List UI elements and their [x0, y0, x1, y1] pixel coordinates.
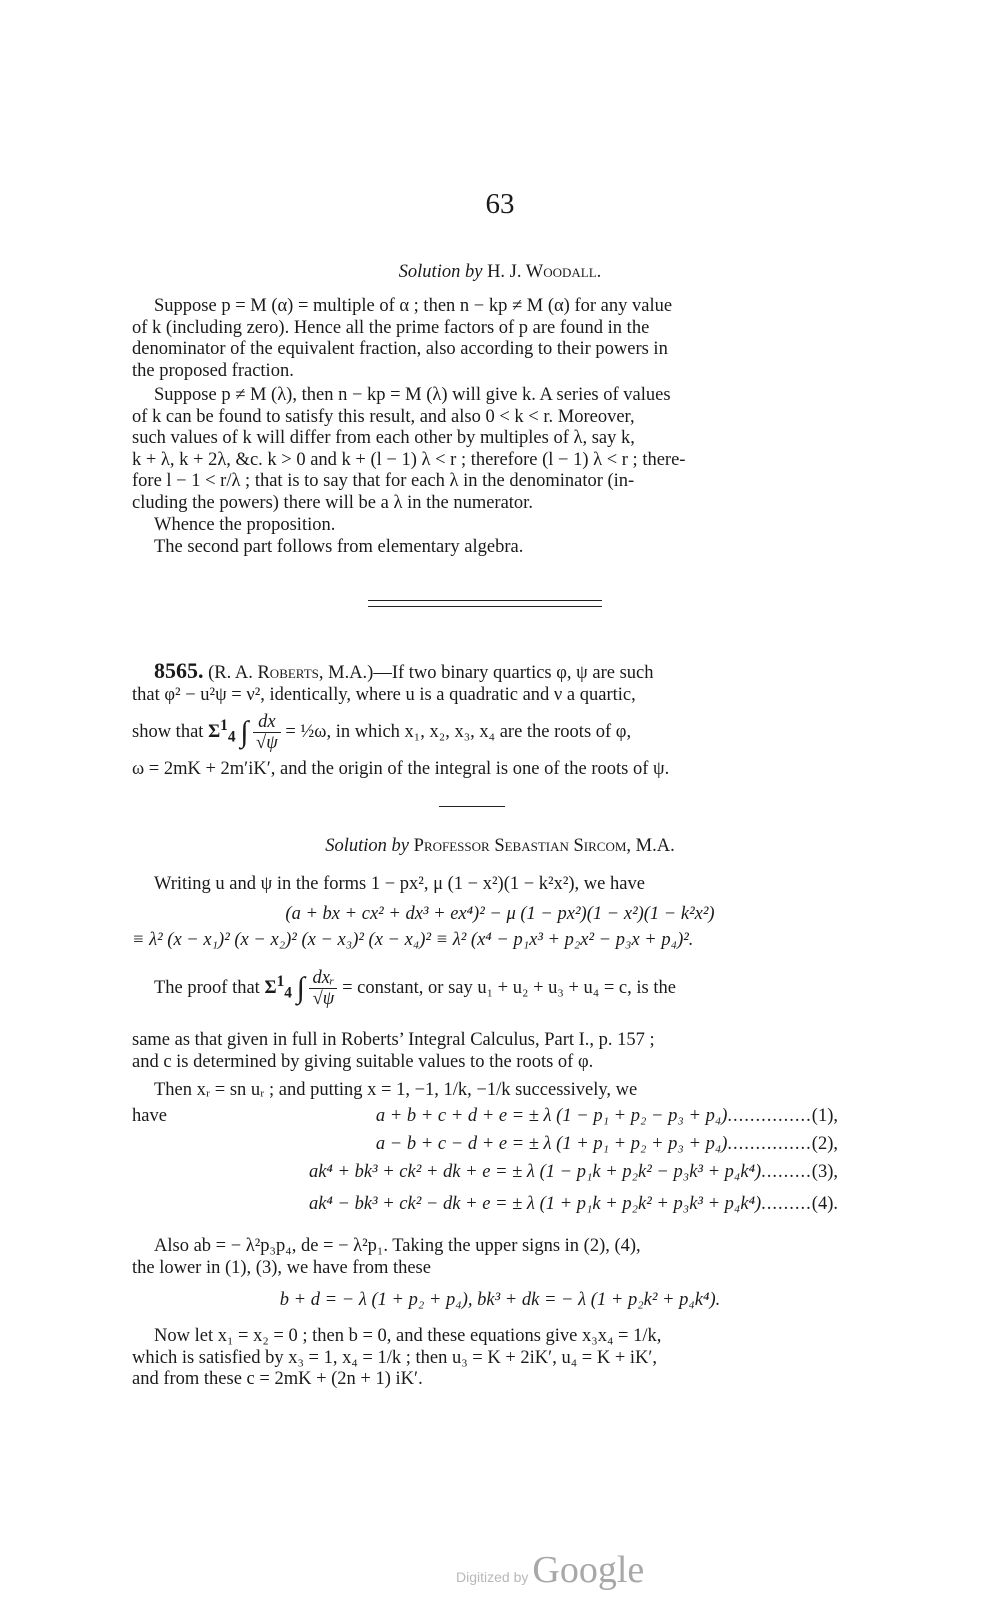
text-span: = constant, or say u₁ + u₂ + u₃ + u₄ = c…	[342, 978, 676, 998]
solution1-paragraph-2: Suppose p ≠ M (λ), then n − kp = M (λ) w…	[132, 385, 838, 515]
problem-line-2: that φ² − u²ψ = ν², identically, where u…	[132, 685, 838, 707]
fraction-denominator: √ψ	[253, 733, 281, 753]
problem-8565: 8565. (R. A. Roberts, M.A.)—If two binar…	[132, 660, 838, 781]
dot-leaders: .........	[761, 1162, 812, 1182]
text-line: The second part follows from elementary …	[132, 537, 838, 559]
text-line: such values of k will differ from each o…	[132, 428, 838, 450]
text-line: and from these c = 2mK + (2n + 1) iK′.	[132, 1369, 838, 1391]
equation-1: a + b + c + d + e = ± λ (1 − p₁ + p₂ − p…	[0, 1106, 838, 1127]
equation-2: a − b + c − d + e = ± λ (1 + p₁ + p₂ + p…	[0, 1134, 838, 1155]
page-number: 63	[0, 188, 1000, 221]
text-line: fore l − 1 < r/λ ; that is to say that f…	[132, 471, 838, 493]
equation-number: (2),	[812, 1134, 838, 1154]
digitized-watermark: Digitized byGoogle	[456, 1548, 644, 1592]
equation-4: ak⁴ − bk³ + ck² − dk + e = ± λ (1 + p₁k …	[0, 1194, 838, 1215]
sigma-glyph: Σ	[264, 978, 276, 998]
text-line: cluding the powers) there will be a λ in…	[132, 493, 838, 515]
proof-line: The proof that Σ14 ∫ dxᵣ√ψ = constant, o…	[132, 968, 838, 1009]
integral-icon: ∫	[297, 972, 305, 1005]
equation-body: a − b + c − d + e = ± λ (1 + p₁ + p₂ + p…	[376, 1134, 728, 1154]
solution-author: Professor Sebastian Sircom, M.A.	[414, 836, 675, 856]
solution-author: H. J. Woodall.	[487, 262, 601, 282]
text-line: the proposed fraction.	[132, 361, 838, 383]
text-span: = ½ω, in which x₁, x₂, x₃, x₄ are the ro…	[285, 722, 631, 742]
google-logo-text: Google	[532, 1549, 644, 1591]
solution-heading-sircom: Solution by Professor Sebastian Sircom, …	[0, 836, 1000, 857]
text-line: of k (including zero). Hence all the pri…	[132, 318, 838, 340]
equation-identity-row: ≡ λ² (x − x₁)² (x − x₂)² (x − x₃)² (x − …	[132, 930, 838, 952]
solution2-also: Also ab = − λ²p₃p₄, de = − λ²p₁. Taking …	[132, 1236, 838, 1279]
fraction-numerator: dxᵣ	[309, 968, 337, 989]
text-line: Whence the proposition.	[132, 515, 838, 537]
text-span: show that	[132, 722, 203, 742]
text-line: Now let x₁ = x₂ = 0 ; then b = 0, and th…	[132, 1326, 838, 1348]
integral-icon: ∫	[240, 716, 248, 749]
sigma-symbol: Σ14	[208, 722, 236, 742]
section-divider-double	[368, 600, 602, 607]
equation-body: ak⁴ + bk³ + ck² + dk + e = ± λ (1 − p₁k …	[309, 1162, 761, 1182]
solution1-paragraph-4: The second part follows from elementary …	[132, 537, 838, 559]
equation-number: (3),	[812, 1162, 838, 1182]
equation-derived: b + d = − λ (1 + p₂ + p₄), bk³ + dk = − …	[0, 1290, 1000, 1311]
text-line: which is satisfied by x₃ = 1, x₄ = 1/k ;…	[132, 1348, 838, 1370]
solution2-reference: same as that given in full in Roberts’ I…	[132, 1030, 838, 1073]
sigma-sup: 1	[220, 717, 228, 734]
equation-number: (4).	[812, 1194, 838, 1214]
equation-identity: ≡ λ² (x − x₁)² (x − x₂)² (x − x₃)² (x − …	[132, 930, 838, 952]
sigma-glyph: Σ	[208, 722, 220, 742]
solution2-conclusion: Now let x₁ = x₂ = 0 ; then b = 0, and th…	[132, 1326, 838, 1391]
text-line: of k can be found to satisfy this result…	[132, 407, 838, 429]
section-divider-single	[439, 806, 505, 807]
equation-body: ak⁴ − bk³ + ck² − dk + e = ± λ (1 + p₁k …	[309, 1194, 761, 1214]
sigma-sub: 4	[228, 729, 236, 746]
problem-proposer: (R. A. Roberts, M.A.)	[208, 663, 373, 683]
equation-number: (1),	[812, 1106, 838, 1126]
equation-3: ak⁴ + bk³ + ck² + dk + e = ± λ (1 − p₁k …	[0, 1162, 838, 1183]
text-line: Suppose p ≠ M (λ), then n − kp = M (λ) w…	[132, 385, 838, 407]
dot-leaders: .........	[761, 1194, 812, 1214]
problem-number: 8565.	[154, 658, 204, 683]
text-line: denominator of the equivalent fraction, …	[132, 339, 838, 361]
solution-heading-label: Solution by	[325, 836, 409, 856]
fraction-denominator: √ψ	[309, 989, 337, 1009]
equation-expansion: (a + bx + cx² + dx³ + ex⁴)² − μ (1 − px²…	[0, 904, 1000, 925]
watermark-label: Digitized by	[456, 1569, 528, 1585]
solution1-paragraph-3: Whence the proposition.	[132, 515, 838, 537]
text-line: Suppose p = M (α) = multiple of α ; then…	[132, 296, 838, 318]
text-line: Then xᵣ = sn uᵣ ; and putting x = 1, −1,…	[132, 1080, 838, 1102]
solution-heading-woodall: Solution by H. J. Woodall.	[0, 262, 1000, 283]
fraction: dx√ψ	[253, 712, 281, 753]
text-line: same as that given in full in Roberts’ I…	[132, 1030, 838, 1052]
sigma-symbol: Σ14	[264, 978, 292, 998]
text-span: The proof that	[154, 978, 260, 998]
solution1-paragraph-1: Suppose p = M (α) = multiple of α ; then…	[132, 296, 838, 382]
document-page: 63 Solution by H. J. Woodall. Suppose p …	[0, 0, 1000, 1617]
text-span: —If two binary quartics φ, ψ are such	[373, 663, 653, 683]
dot-leaders: ...............	[727, 1134, 811, 1154]
problem-line-4: ω = 2mK + 2m′iK′, and the origin of the …	[132, 759, 838, 781]
problem-line-3: show that Σ14 ∫ dx√ψ = ½ω, in which x₁, …	[132, 712, 838, 753]
sigma-sub: 4	[284, 984, 292, 1001]
problem-line-1: 8565. (R. A. Roberts, M.A.)—If two binar…	[132, 660, 838, 685]
text-line: Also ab = − λ²p₃p₄, de = − λ²p₁. Taking …	[132, 1236, 838, 1258]
text-line: the lower in (1), (3), we have from thes…	[132, 1258, 838, 1280]
proof-statement: The proof that Σ14 ∫ dxᵣ√ψ = constant, o…	[132, 968, 838, 1009]
solution2-then: Then xᵣ = sn uᵣ ; and putting x = 1, −1,…	[132, 1080, 838, 1102]
solution2-intro: Writing u and ψ in the forms 1 − px², μ …	[132, 874, 838, 896]
text-line: and c is determined by giving suitable v…	[132, 1052, 838, 1074]
dot-leaders: ...............	[727, 1106, 811, 1126]
equation-body: a + b + c + d + e = ± λ (1 − p₁ + p₂ − p…	[376, 1106, 728, 1126]
fraction: dxᵣ√ψ	[309, 968, 337, 1009]
text-line: k + λ, k + 2λ, &c. k > 0 and k + (l − 1)…	[132, 450, 838, 472]
text-line: Writing u and ψ in the forms 1 − px², μ …	[132, 874, 838, 896]
solution-heading-label: Solution by	[399, 262, 483, 282]
fraction-numerator: dx	[253, 712, 281, 733]
